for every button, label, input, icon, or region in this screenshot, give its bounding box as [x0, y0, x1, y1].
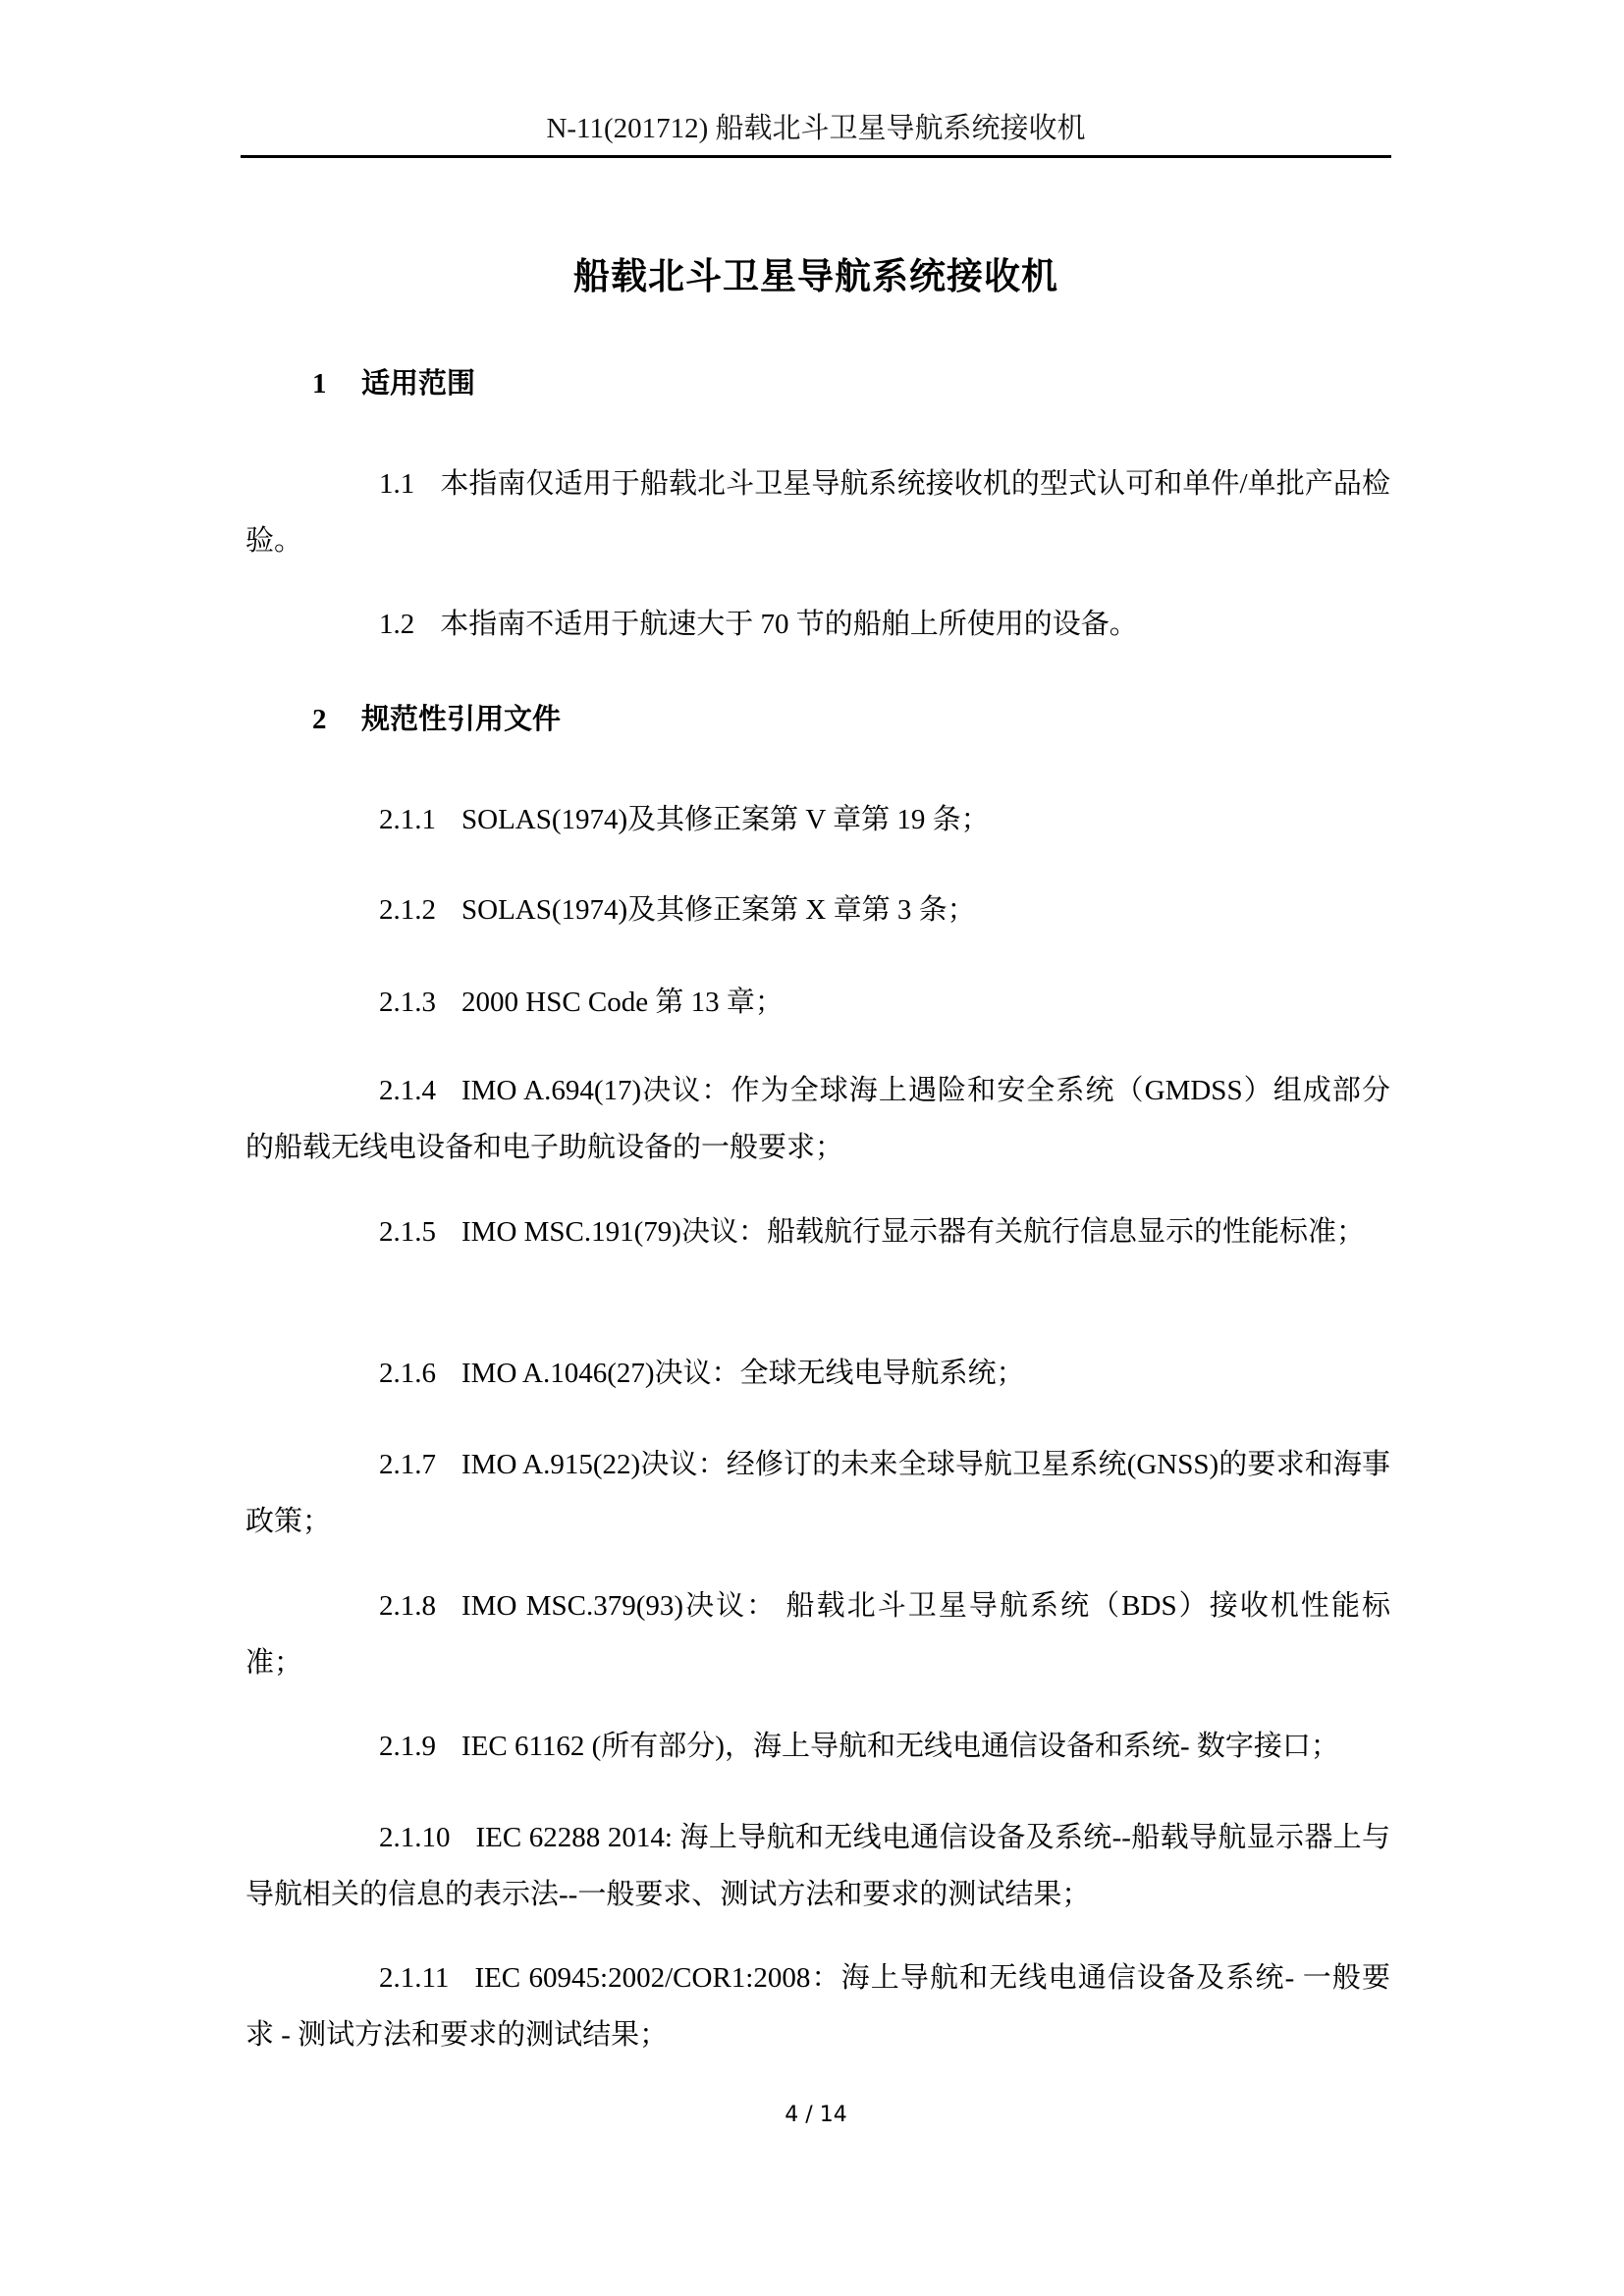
clause-text: IEC 61162 (所有部分)，海上导航和无线电通信设备和系统- 数字接口； [461, 1731, 1339, 1762]
section-heading-1: 1适用范围 [312, 363, 475, 403]
document-title: 船载北斗卫星导航系统接收机 [241, 253, 1391, 300]
clause-number: 2.1.7 [312, 1436, 436, 1493]
clause-number: 2.1.11 [312, 1949, 449, 2006]
clause-number: 2.1.10 [312, 1809, 451, 1866]
clause-text: IMO A.1046(27)决议：全球无线电导航系统； [461, 1358, 1025, 1389]
clause-text: SOLAS(1974)及其修正案第 X 章第 3 条； [461, 894, 976, 926]
clause-number: 2.1.2 [312, 881, 436, 938]
clause-number: 2.1.6 [312, 1345, 436, 1402]
clause-2-1-8: 2.1.8IMO MSC.379(93)决议： 船载北斗卫星导航系统（BDS）接… [245, 1577, 1390, 1691]
running-header: N-11(201712) 船载北斗卫星导航系统接收机 [241, 111, 1391, 146]
clause-number: 2.1.9 [312, 1718, 436, 1775]
section-heading-2: 2规范性引用文件 [312, 699, 561, 739]
clause-number: 2.1.5 [312, 1203, 436, 1260]
header-divider [241, 155, 1391, 158]
clause-number: 2.1.8 [312, 1577, 436, 1634]
clause-2-1-4: 2.1.4IMO A.694(17)决议：作为全球海上遇险和安全系统（GMDSS… [245, 1062, 1390, 1176]
clause-text: 2000 HSC Code 第 13 章； [461, 987, 784, 1018]
clause-2-1-2: 2.1.2SOLAS(1974)及其修正案第 X 章第 3 条； [245, 881, 1390, 938]
clause-text: IMO MSC.191(79)决议：船载航行显示器有关航行信息显示的性能标准； [461, 1216, 1365, 1248]
clause-2-1-10: 2.1.10IEC 62288 2014: 海上导航和无线电通信设备及系统--船… [245, 1809, 1390, 1923]
section-number: 1 [312, 364, 361, 403]
section-title: 适用范围 [361, 366, 475, 400]
clause-number: 2.1.3 [312, 974, 436, 1031]
clause-2-1-9: 2.1.9IEC 61162 (所有部分)，海上导航和无线电通信设备和系统- 数… [245, 1718, 1390, 1775]
page-number: 4 / 14 [241, 2101, 1391, 2130]
clause-2-1-7: 2.1.7IMO A.915(22)决议：经修订的未来全球导航卫星系统(GNSS… [245, 1436, 1390, 1550]
clause-number: 2.1.4 [312, 1062, 436, 1119]
clause-1-1: 1.1本指南仅适用于船载北斗卫星导航系统接收机的型式认可和单件/单批产品检验。 [245, 455, 1390, 569]
clause-2-1-3: 2.1.32000 HSC Code 第 13 章； [245, 974, 1390, 1031]
clause-text: 本指南不适用于航速大于 70 节的船舶上所使用的设备。 [440, 609, 1138, 640]
clause-number: 1.2 [312, 596, 414, 653]
clause-2-1-5: 2.1.5IMO MSC.191(79)决议：船载航行显示器有关航行信息显示的性… [245, 1203, 1390, 1260]
clause-2-1-1: 2.1.1SOLAS(1974)及其修正案第 V 章第 19 条； [245, 791, 1390, 848]
clause-2-1-6: 2.1.6IMO A.1046(27)决议：全球无线电导航系统； [245, 1345, 1390, 1402]
clause-number: 2.1.1 [312, 791, 436, 848]
clause-number: 1.1 [312, 455, 414, 512]
clause-2-1-11: 2.1.11IEC 60945:2002/COR1:2008：海上导航和无线电通… [245, 1949, 1390, 2063]
section-number: 2 [312, 700, 361, 739]
clause-1-2: 1.2本指南不适用于航速大于 70 节的船舶上所使用的设备。 [245, 596, 1390, 653]
section-title: 规范性引用文件 [361, 702, 561, 735]
clause-text: 本指南仅适用于船载北斗卫星导航系统接收机的型式认可和单件/单批产品检验。 [245, 468, 1390, 557]
clause-text: SOLAS(1974)及其修正案第 V 章第 19 条； [461, 804, 990, 835]
